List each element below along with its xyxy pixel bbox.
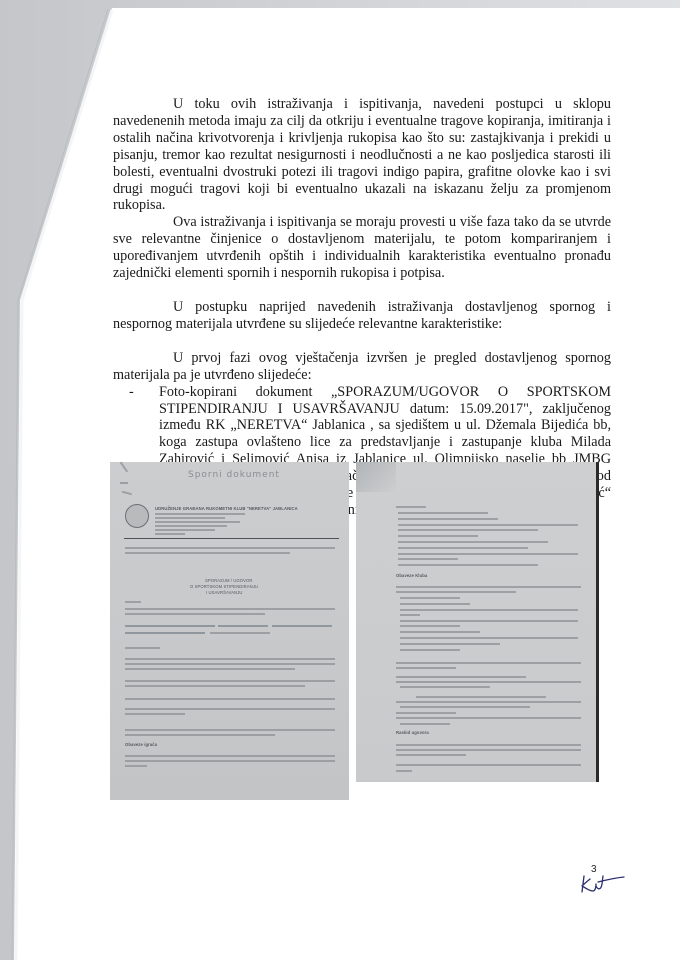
scanned-document-page-1: Sporni dokument UDRUŽENJE GRAĐANA RUKOME… <box>110 462 349 800</box>
scanned-document-page-2: Obaveze Kluba Raskid ugovora <box>356 462 599 782</box>
letterhead: UDRUŽENJE GRAĐANA RUKOMETNI KLUB "NERETV… <box>155 506 298 511</box>
handwritten-note: Sporni dokument <box>188 470 280 480</box>
paragraph: U postupku naprijed navedenih istraživan… <box>113 299 611 333</box>
paragraph: U toku ovih istraživanja i ispitivanja, … <box>113 96 611 214</box>
section-heading: Raskid ugovora <box>396 730 429 735</box>
section-heading: Obaveze igrača <box>125 742 157 747</box>
signature-initials <box>578 872 628 896</box>
paragraph: U prvoj fazi ovog vještačenja izvršen je… <box>113 350 611 384</box>
club-logo <box>125 504 149 528</box>
section-heading: Obaveze Kluba <box>396 573 427 578</box>
document-body: U toku ovih istraživanja i ispitivanja, … <box>113 96 611 519</box>
paragraph: Ova istraživanja i ispitivanja se moraju… <box>113 214 611 282</box>
